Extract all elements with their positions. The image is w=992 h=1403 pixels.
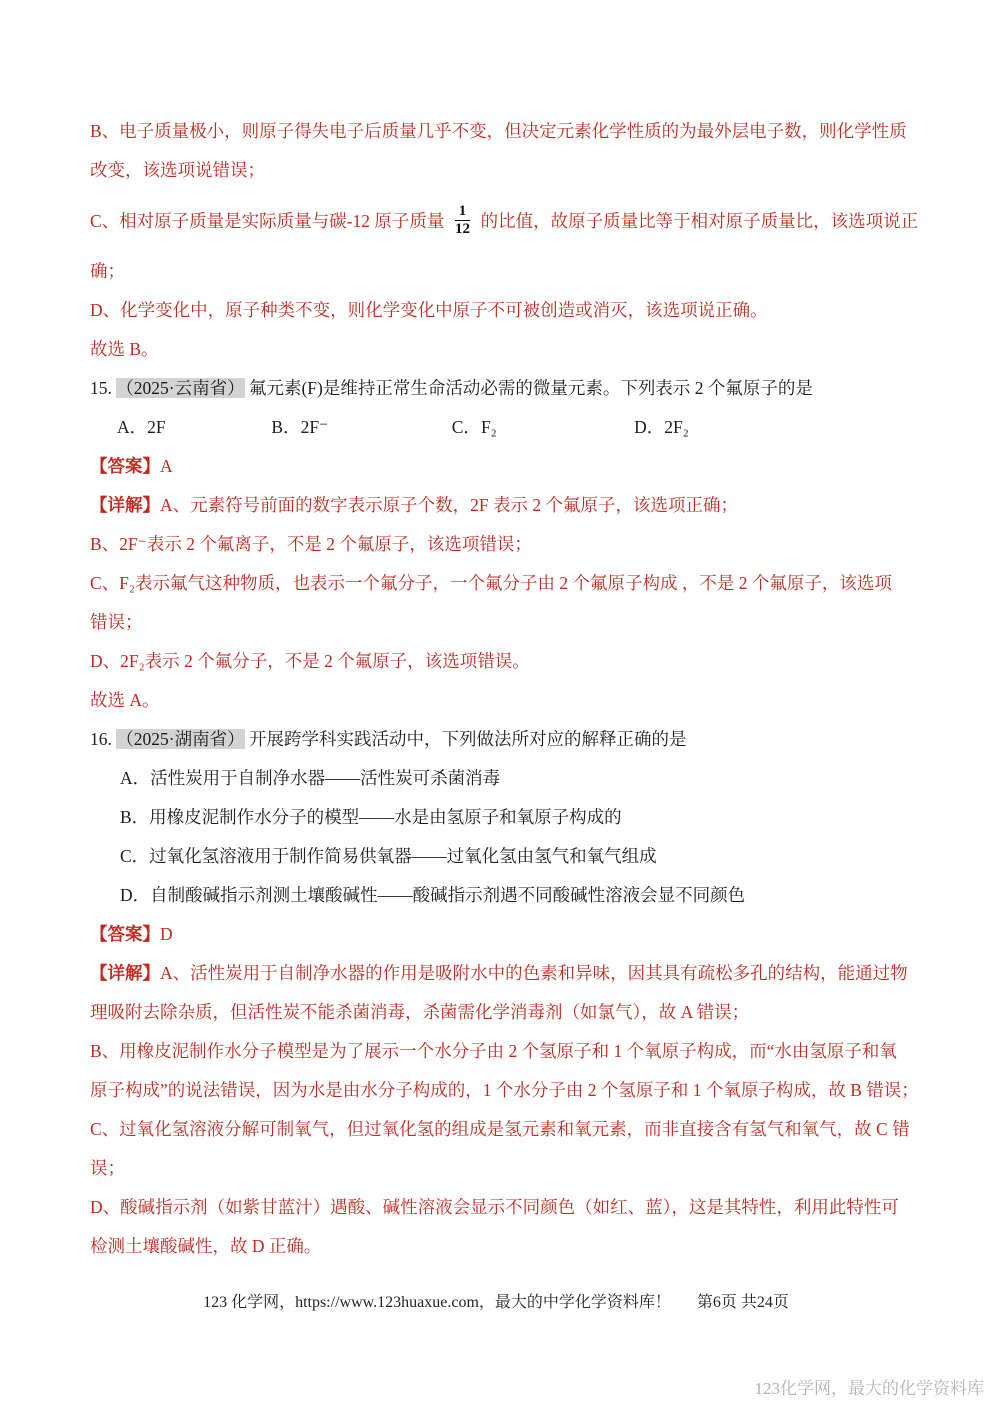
question-15-number: 15. (90, 378, 112, 398)
question-15-explain-line-3: C、F₂表示氟气这种物质，也表示一个氟分子，一个氟分子由 2 个氟原子构成 ，不… (90, 564, 912, 603)
explanation-line-c-cont: 确； (90, 252, 912, 291)
explanation-line-b2: 改变，该选项说错误； (90, 151, 912, 190)
question-16-explain-line-3: B、用橡皮泥制作水分子模型是为了展示一个水分子由 2 个氢原子和 1 个氧原子构… (90, 1032, 912, 1071)
explanation-c-post: 的比值，故原子质量比等于相对原子质量比，该选项说正 (481, 211, 919, 231)
footer-page-number: 第6页 共24页 (697, 1294, 789, 1311)
fraction-one-twelfth: 1 12 (455, 203, 471, 239)
explain-label: 【详解】 (90, 963, 160, 983)
question-16-explain-line-2: 理吸附去除杂质，但活性炭不能杀菌消毒，杀菌需化学消毒剂（如氯气），故 A 错误； (90, 993, 912, 1032)
explanation-line-b1: B、电子质量极小，则原子得失电子后质量几乎不变，但决定元素化学性质的为最外层电子… (90, 112, 912, 151)
question-15-explain-line-4: 错误； (90, 603, 912, 642)
question-16-explain-line-1: 【详解】A、活性炭用于自制净水器的作用是吸附水中的色素和异味，因其具有疏松多孔的… (90, 954, 912, 993)
question-15-answer: A (160, 456, 173, 476)
question-15-answer-line: 【答案】A (90, 447, 912, 486)
question-15-stem-line: 15. （2025·云南省） 氟元素(F)是维持正常生命活动必需的微量元素。下列… (90, 369, 912, 408)
explanation-line-c: C、相对原子质量是实际质量与碳-12 原子质量 1 12 的比值，故原子质量比等… (90, 190, 912, 252)
question-16-conclusion: 检测土壤酸碱性，故 D 正确。 (90, 1227, 912, 1266)
explanation-line-d: D、化学变化中，原子种类不变，则化学变化中原子不可被创造或消灭，该选项说正确。 (90, 291, 912, 330)
question-16-source-tag: （2025·湖南省） (116, 729, 244, 749)
question-16-option-d: D．自制酸碱指示剂测土壤酸碱性——酸碱指示剂遇不同酸碱性溶液会显不同颜色 (90, 876, 912, 915)
question-16-answer: D (160, 924, 173, 944)
question-15-explain-line-1: 【详解】A、元素符号前面的数字表示原子个数，2F 表示 2 个氟原子，该选项正确… (90, 486, 912, 525)
question-16-explain-line-5: C、过氧化氢溶液分解可制氧气，但过氧化氢的组成是氢元素和氧元素，而非直接含有氢气… (90, 1110, 912, 1149)
explanation-c-pre: C、相对原子质量是实际质量与碳-12 原子质量 (90, 211, 444, 231)
question-16-option-a: A．活性炭用于自制净水器——活性炭可杀菌消毒 (90, 759, 912, 798)
footer-site-info: 123 化学网，https://www.123huaxue.com，最大的中学化… (203, 1294, 671, 1311)
question-15-source-tag: （2025·云南省） (116, 378, 244, 398)
document-page: B、电子质量极小，则原子得失电子后质量几乎不变，但决定元素化学性质的为最外层电子… (0, 0, 992, 1403)
answer-label: 【答案】 (90, 456, 160, 476)
question-15-option-a: A．2F (117, 408, 267, 447)
question-16-explain-line-6: 误； (90, 1149, 912, 1188)
question-16-answer-line: 【答案】D (90, 915, 912, 954)
question-15-options-row: A．2F B．2F⁻ C．F₂ D．2F₂ (90, 408, 912, 447)
page-footer: 123 化学网，https://www.123huaxue.com，最大的中学化… (0, 1292, 992, 1314)
question-16-stem-line: 16. （2025·湖南省） 开展跨学科实践活动中，下列做法所对应的解释正确的是 (90, 720, 912, 759)
question-15-option-c: C．F₂ (452, 408, 630, 447)
question-15-explain-line-5: D、2F₂表示 2 个氟分子，不是 2 个氟原子，该选项错误。 (90, 642, 912, 681)
watermark-text: 123化学网，最大的化学资料库 (755, 1374, 985, 1399)
question-16-explain-line-4: 原子构成”的说法错误，因为水是由水分子构成的，1 个水分子由 2 个氢原子和 1… (90, 1071, 912, 1110)
question-16-option-c: C．过氧化氢溶液用于制作简易供氧器——过氧化氢由氢气和氧气组成 (90, 837, 912, 876)
question-16-option-b: B．用橡皮泥制作水分子的模型——水是由氢原子和氧原子构成的 (90, 798, 912, 837)
explain-label: 【详解】 (90, 495, 160, 515)
question-15-explain-line-2: B、2F⁻表示 2 个氟离子，不是 2 个氟原子，该选项错误； (90, 525, 912, 564)
question-15-stem: 氟元素(F)是维持正常生命活动必需的微量元素。下列表示 2 个氟原子的是 (249, 378, 813, 398)
question-15-option-b: B．2F⁻ (271, 408, 447, 447)
fraction-denominator: 12 (455, 221, 471, 238)
answer-label: 【答案】 (90, 924, 160, 944)
question-16-explain-line-7: D、酸碱指示剂（如紫甘蓝汁）遇酸、碱性溶液会显示不同颜色（如红、蓝），这是其特性… (90, 1188, 912, 1227)
explanation-conclusion: 故选 B。 (90, 330, 912, 369)
page-content: B、电子质量极小，则原子得失电子后质量几乎不变，但决定元素化学性质的为最外层电子… (90, 112, 912, 1266)
question-15-conclusion: 故选 A。 (90, 681, 912, 720)
question-16-stem: 开展跨学科实践活动中，下列做法所对应的解释正确的是 (249, 729, 687, 749)
fraction-numerator: 1 (455, 203, 471, 221)
question-15-option-d: D．2F₂ (634, 408, 689, 447)
question-16-number: 16. (90, 729, 112, 749)
